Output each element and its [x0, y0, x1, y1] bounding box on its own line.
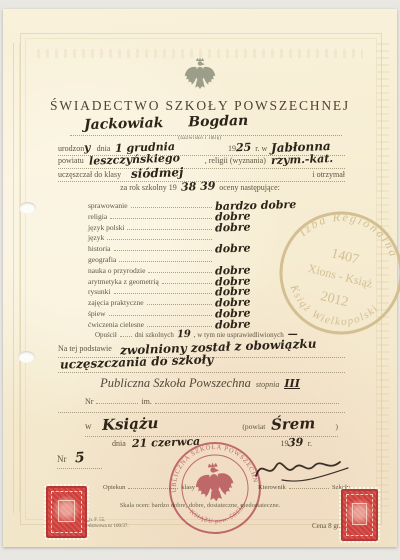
subject-label: religia	[88, 212, 107, 221]
spare-dotted-line	[58, 403, 345, 413]
class-hand: siódmej	[131, 167, 184, 179]
subject-label: język polski	[88, 223, 124, 232]
dotted-leader	[147, 326, 212, 327]
polish-eagle-icon	[183, 56, 217, 94]
punch-hole-top	[19, 202, 36, 214]
headmaster-line: Kierownik Szkoły	[258, 484, 350, 493]
district-religion-line: powiatu leszczyńskiego , religii (wyznan…	[58, 155, 345, 169]
price-note: Cena 8 gr.	[312, 522, 341, 530]
born-label: urodzon	[58, 144, 84, 153]
dotted-leader	[110, 218, 212, 219]
religion-hand: rzym.-kat.	[271, 154, 333, 165]
subject-label: nauka o przyrodzie	[88, 266, 145, 275]
dotted-leader	[289, 488, 329, 489]
birth-year-hand: 25	[236, 143, 252, 153]
certificate-title: ŚWIADECTWO SZKOŁY POWSZECHNEJ	[0, 98, 400, 114]
form-ref-line-2: Państwowa nr 100/37.	[84, 524, 129, 530]
school-year-label: za rok szkolny 19	[120, 183, 177, 192]
dotted-leader	[114, 250, 213, 251]
stopnia-label: stopnia	[256, 380, 280, 389]
date-r-label: r.	[308, 439, 312, 448]
powiat-label: powiatu	[58, 156, 84, 165]
school-title-label: Publiczna Szkoła Powszechna	[100, 376, 251, 391]
subject-label: zajęcia praktyczne	[88, 298, 144, 307]
dotted-leader	[119, 261, 212, 262]
dotted-leader	[109, 315, 213, 316]
subject-label: śpiew	[88, 309, 106, 318]
certificate-scan: ŚWIADECTWO SZKOŁY POWSZECHNEJ Jackowiak …	[0, 0, 400, 560]
dnia-label: dnia	[97, 144, 111, 153]
dotted-leader	[148, 272, 212, 273]
school-year-hand: 38 39	[181, 181, 216, 191]
opiekun-label: Opiekun	[103, 484, 125, 491]
dotted-leader	[162, 283, 212, 284]
archive-stamp-year-1407: 1407	[330, 246, 361, 267]
r-w-label: r. w	[255, 144, 267, 153]
school-name-line: Publiczna Szkoła Powszechna stopnia III	[0, 376, 400, 392]
grades-intro-label: oceny następujące:	[219, 183, 280, 192]
subject-label: arytmetyka z geometrią	[88, 277, 159, 286]
dotted-leader	[127, 229, 212, 230]
subject-label: rysunki	[88, 287, 111, 296]
revenue-stamp-left	[46, 486, 87, 538]
name-caption: (nazwisko i imię)	[0, 136, 400, 141]
dotted-leader	[131, 207, 212, 208]
stamp-eagle-icon	[194, 460, 236, 503]
place-powiat-hand: Śrem	[271, 417, 316, 431]
received-label: i otrzymał	[312, 170, 345, 179]
basis-line-2: uczęszczania do szkoły	[58, 357, 345, 373]
subject-label: język	[88, 233, 104, 242]
punch-hole-bottom	[18, 351, 35, 363]
absence-days-hand: 19	[177, 330, 191, 339]
grade-value: dobre	[215, 319, 251, 329]
school-round-stamp: PUBLICZNA SZKOŁA POWSZECHNA KSIĄŻU pow. …	[162, 435, 268, 541]
basis-hand-1: zwolniony został z obowiązku	[120, 339, 317, 356]
date-year-hand: 39	[288, 438, 304, 448]
place-hand: Książu	[101, 417, 158, 431]
dotted-leader	[114, 293, 213, 294]
birth-place-hand: Jabłonna	[271, 141, 331, 153]
form-reference: Sgn. F. 55. Państwowa nr 100/37.	[84, 518, 129, 530]
attended-label: uczęszczał do klasy	[58, 170, 121, 179]
powiat-hand: leszczyńskiego	[89, 153, 180, 165]
basis-intro-label: Na tej podstawie	[58, 344, 112, 353]
subject-label: geografia	[88, 255, 116, 264]
w-label: w	[85, 421, 92, 431]
place-line: w Książu (powiat Śrem )	[85, 418, 338, 437]
stopien-hand: III	[284, 379, 299, 389]
powiat-close-label: )	[336, 422, 339, 431]
absence-prefix: Opuścił	[95, 331, 117, 339]
school-stamp-bottom-arc: KSIĄŻU pow. ŚREM	[188, 503, 248, 528]
dotted-leader	[107, 239, 212, 240]
grade-value: dobre	[215, 244, 251, 254]
absence-days-label: dni szkolnych	[135, 331, 174, 339]
grade-value: dobre	[215, 222, 251, 232]
archive-stamp-name: Xions - Książ	[307, 261, 374, 291]
dotted-leader	[120, 336, 132, 337]
headmaster-signature	[252, 450, 352, 486]
year-prefix: 19	[228, 144, 236, 153]
dotted-leader	[147, 304, 212, 305]
subject-label: sprawowanie	[88, 201, 128, 210]
religion-label: , religii (wyznania)	[205, 156, 266, 165]
revenue-stamp-right	[341, 489, 378, 541]
name-line: Jackowiak Bogdan	[70, 118, 342, 136]
powiat-open-label: (powiat	[242, 422, 265, 431]
subject-label: ćwiczenia cielesne	[88, 320, 144, 329]
student-name: Jackowiak Bogdan	[84, 113, 249, 133]
school-year-line: za rok szkolny 19 38 39 oceny następując…	[0, 182, 400, 194]
basis-hand-2: uczęszczania do szkoły	[60, 354, 213, 369]
date-dnia-label: dnia	[112, 439, 126, 448]
archive-stamp-year-2012: 2012	[319, 289, 350, 310]
svg-text:KSIĄŻU pow. ŚREM: KSIĄŻU pow. ŚREM	[188, 503, 248, 528]
subject-label: historia	[88, 244, 111, 253]
born-gender-hand: y	[84, 143, 91, 152]
dotted-leader	[57, 463, 102, 469]
